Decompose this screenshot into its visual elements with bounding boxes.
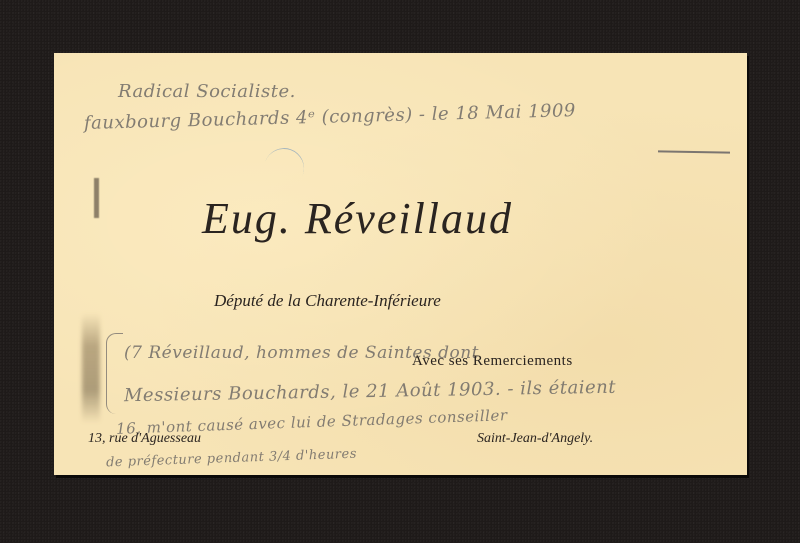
handwritten-note-line-4: de préfecture pendant 3/4 d'heures (106, 447, 357, 471)
handwritten-bracket (106, 333, 123, 414)
card-thanks: Avec ses Remerciements (412, 353, 573, 370)
paper-tear-mark (94, 178, 99, 218)
card-town: Saint-Jean-d'Angely. (477, 431, 593, 447)
handwritten-congress-note: fauxbourg Bouchards 4ᵉ (congrès) - le 18… (84, 100, 576, 134)
handwritten-underline (658, 150, 730, 153)
blue-pencil-mark (258, 142, 310, 194)
card-address: 13, rue d'Aguesseau (88, 431, 201, 447)
handwritten-party-note: Radical Socialiste. (118, 81, 296, 102)
paper-stain (82, 313, 100, 423)
card-name: Eug. Réveillaud (202, 193, 513, 244)
handwritten-note-line-2: Messieurs Bouchards, le 21 Août 1903. - … (124, 377, 616, 407)
card-title: Député de la Charente-Inférieure (214, 291, 441, 311)
visiting-card: Radical Socialiste. fauxbourg Bouchards … (54, 53, 747, 475)
